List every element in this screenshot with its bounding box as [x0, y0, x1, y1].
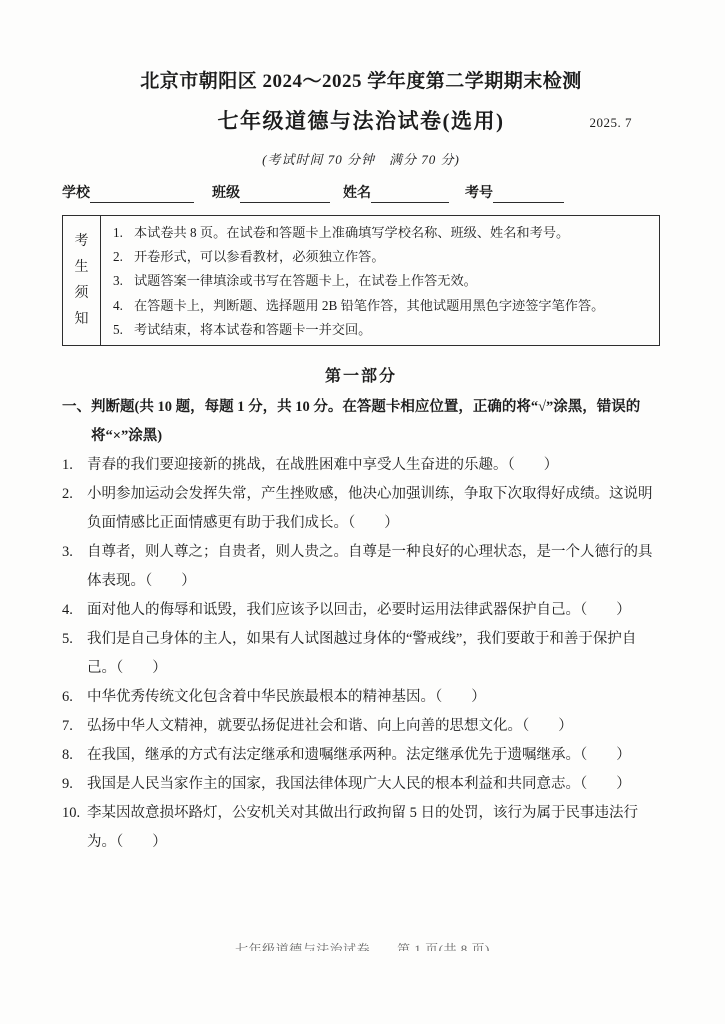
question-text: 自尊者，则人尊之；自贵者，则人贵之。自尊是一种良好的心理状态，是一个人德行的具体… — [87, 538, 660, 596]
question-text: 青春的我们要迎接新的挑战，在战胜困难中享受人生奋进的乐趣。（ ） — [87, 451, 660, 480]
question-number: 1. — [62, 451, 87, 480]
question-item: 5. 我们是自己身体的主人，如果有人试图越过身体的“警戒线”，我们要敢于和善于保… — [62, 625, 660, 683]
section-heading-line2: 将“×”涂黑) — [62, 422, 660, 451]
question-number: 5. — [62, 625, 87, 683]
question-list: 1. 青春的我们要迎接新的挑战，在战胜困难中享受人生奋进的乐趣。（ ） 2. 小… — [62, 451, 660, 857]
question-text: 面对他人的侮辱和诋毁，我们应该予以回击，必要时运用法律武器保护自己。（ ） — [87, 596, 660, 625]
notice-side-label: 考生须知 — [74, 229, 90, 333]
notice-items: 1. 本试卷共 8 页。在试卷和答题卡上准确填写学校名称、班级、姓名和考号。 2… — [101, 216, 659, 345]
question-text: 我们是自己身体的主人，如果有人试图越过身体的“警戒线”，我们要敢于和善于保护自己… — [87, 625, 660, 683]
question-text: 李某因故意损坏路灯，公安机关对其做出行政拘留 5 日的处罚，该行为属于民事违法行… — [87, 799, 660, 857]
notice-item-text: 开卷形式，可以参看教材，必须独立作答。 — [134, 248, 651, 266]
notice-item: 1. 本试卷共 8 页。在试卷和答题卡上准确填写学校名称、班级、姓名和考号。 — [113, 224, 651, 242]
question-text: 弘扬中华人文精神，就要弘扬促进社会和谐、向上向善的思想文化。（ ） — [87, 712, 660, 741]
question-number: 7. — [62, 712, 87, 741]
question-text: 在我国，继承的方式有法定继承和遗嘱继承两种。法定继承优先于遗嘱继承。（ ） — [87, 741, 660, 770]
question-item: 6. 中华优秀传统文化包含着中华民族最根本的精神基因。（ ） — [62, 683, 660, 712]
exam-info: (考试时间 70 分钟 满分 70 分) — [62, 149, 660, 168]
question-number: 9. — [62, 770, 87, 799]
question-text: 小明参加运动会发挥失常，产生挫败感，他决心加强训练，争取下次取得好成绩。这说明负… — [87, 480, 660, 538]
field-label-exam-number: 考号 — [465, 182, 493, 203]
notice-item: 2. 开卷形式，可以参看教材，必须独立作答。 — [113, 248, 651, 266]
section-heading-line1: 一、判断题(共 10 题，每题 1 分，共 10 分。在答题卡相应位置，正确的将… — [62, 393, 660, 422]
notice-item-text: 在答题卡上，判断题、选择题用 2B 铅笔作答，其他试题用黑色字迹签字笔作答。 — [134, 297, 651, 315]
field-line-school — [90, 186, 194, 203]
notice-box: 考生须知 1. 本试卷共 8 页。在试卷和答题卡上准确填写学校名称、班级、姓名和… — [62, 215, 660, 346]
question-item: 7. 弘扬中华人文精神，就要弘扬促进社会和谐、向上向善的思想文化。（ ） — [62, 712, 660, 741]
question-item: 9. 我国是人民当家作主的国家，我国法律体现广大人民的根本利益和共同意志。（ ） — [62, 770, 660, 799]
notice-item-number: 5. — [113, 321, 134, 339]
part-heading: 第一部分 — [62, 363, 660, 386]
section-heading: 一、判断题(共 10 题，每题 1 分，共 10 分。在答题卡相应位置，正确的将… — [62, 393, 660, 451]
notice-item-number: 3. — [113, 272, 134, 290]
field-label-class: 班级 — [212, 182, 240, 203]
student-info-row: 学校 班级 姓名 考号 — [62, 182, 586, 203]
notice-item-number: 1. — [113, 224, 134, 242]
notice-item: 3. 试题答案一律填涂或书写在答题卡上，在试卷上作答无效。 — [113, 272, 651, 290]
exam-subtitle: 七年级道德与法治试卷(选用) — [218, 109, 505, 133]
question-number: 10. — [62, 799, 87, 857]
exam-date: 2025. 7 — [590, 109, 633, 137]
notice-item-number: 4. — [113, 297, 134, 315]
question-item: 8. 在我国，继承的方式有法定继承和遗嘱继承两种。法定继承优先于遗嘱继承。（ ） — [62, 741, 660, 770]
question-number: 4. — [62, 596, 87, 625]
question-number: 6. — [62, 683, 87, 712]
exam-paper: 北京市朝阳区 2024～2025 学年度第二学期期末检测 七年级道德与法治试卷(… — [0, 0, 725, 1024]
notice-item-number: 2. — [113, 248, 134, 266]
question-item: 4. 面对他人的侮辱和诋毁，我们应该予以回击，必要时运用法律武器保护自己。（ ） — [62, 596, 660, 625]
page-content: 北京市朝阳区 2024～2025 学年度第二学期期末检测 七年级道德与法治试卷(… — [62, 0, 660, 857]
notice-side: 考生须知 — [63, 216, 101, 345]
field-line-exam-number — [493, 186, 564, 203]
field-line-name — [371, 186, 449, 203]
field-label-school: 学校 — [62, 182, 90, 203]
field-label-name: 姓名 — [343, 182, 371, 203]
question-number: 3. — [62, 538, 87, 596]
page-footer: 七年级道德与法治试卷 第 1 页(共 8 页) — [0, 939, 725, 951]
question-item: 2. 小明参加运动会发挥失常，产生挫败感，他决心加强训练，争取下次取得好成绩。这… — [62, 480, 660, 538]
question-number: 8. — [62, 741, 87, 770]
notice-item-text: 考试结束，将本试卷和答题卡一并交回。 — [134, 321, 651, 339]
page-footer-text: 七年级道德与法治试卷 第 1 页(共 8 页) — [235, 942, 490, 951]
question-number: 2. — [62, 480, 87, 538]
question-text: 中华优秀传统文化包含着中华民族最根本的精神基因。（ ） — [87, 683, 660, 712]
field-line-class — [240, 186, 330, 203]
question-item: 1. 青春的我们要迎接新的挑战，在战胜困难中享受人生奋进的乐趣。（ ） — [62, 451, 660, 480]
notice-item-text: 本试卷共 8 页。在试卷和答题卡上准确填写学校名称、班级、姓名和考号。 — [134, 224, 651, 242]
notice-item: 5. 考试结束，将本试卷和答题卡一并交回。 — [113, 321, 651, 339]
notice-item: 4. 在答题卡上，判断题、选择题用 2B 铅笔作答，其他试题用黑色字迹签字笔作答… — [113, 297, 651, 315]
question-text: 我国是人民当家作主的国家，我国法律体现广大人民的根本利益和共同意志。（ ） — [87, 770, 660, 799]
subtitle-row: 七年级道德与法治试卷(选用) 2025. 7 — [62, 107, 660, 138]
question-item: 3. 自尊者，则人尊之；自贵者，则人贵之。自尊是一种良好的心理状态，是一个人德行… — [62, 538, 660, 596]
question-item: 10. 李某因故意损坏路灯，公安机关对其做出行政拘留 5 日的处罚，该行为属于民… — [62, 799, 660, 857]
exam-title: 北京市朝阳区 2024～2025 学年度第二学期期末检测 — [62, 70, 660, 94]
notice-item-text: 试题答案一律填涂或书写在答题卡上，在试卷上作答无效。 — [134, 272, 651, 290]
